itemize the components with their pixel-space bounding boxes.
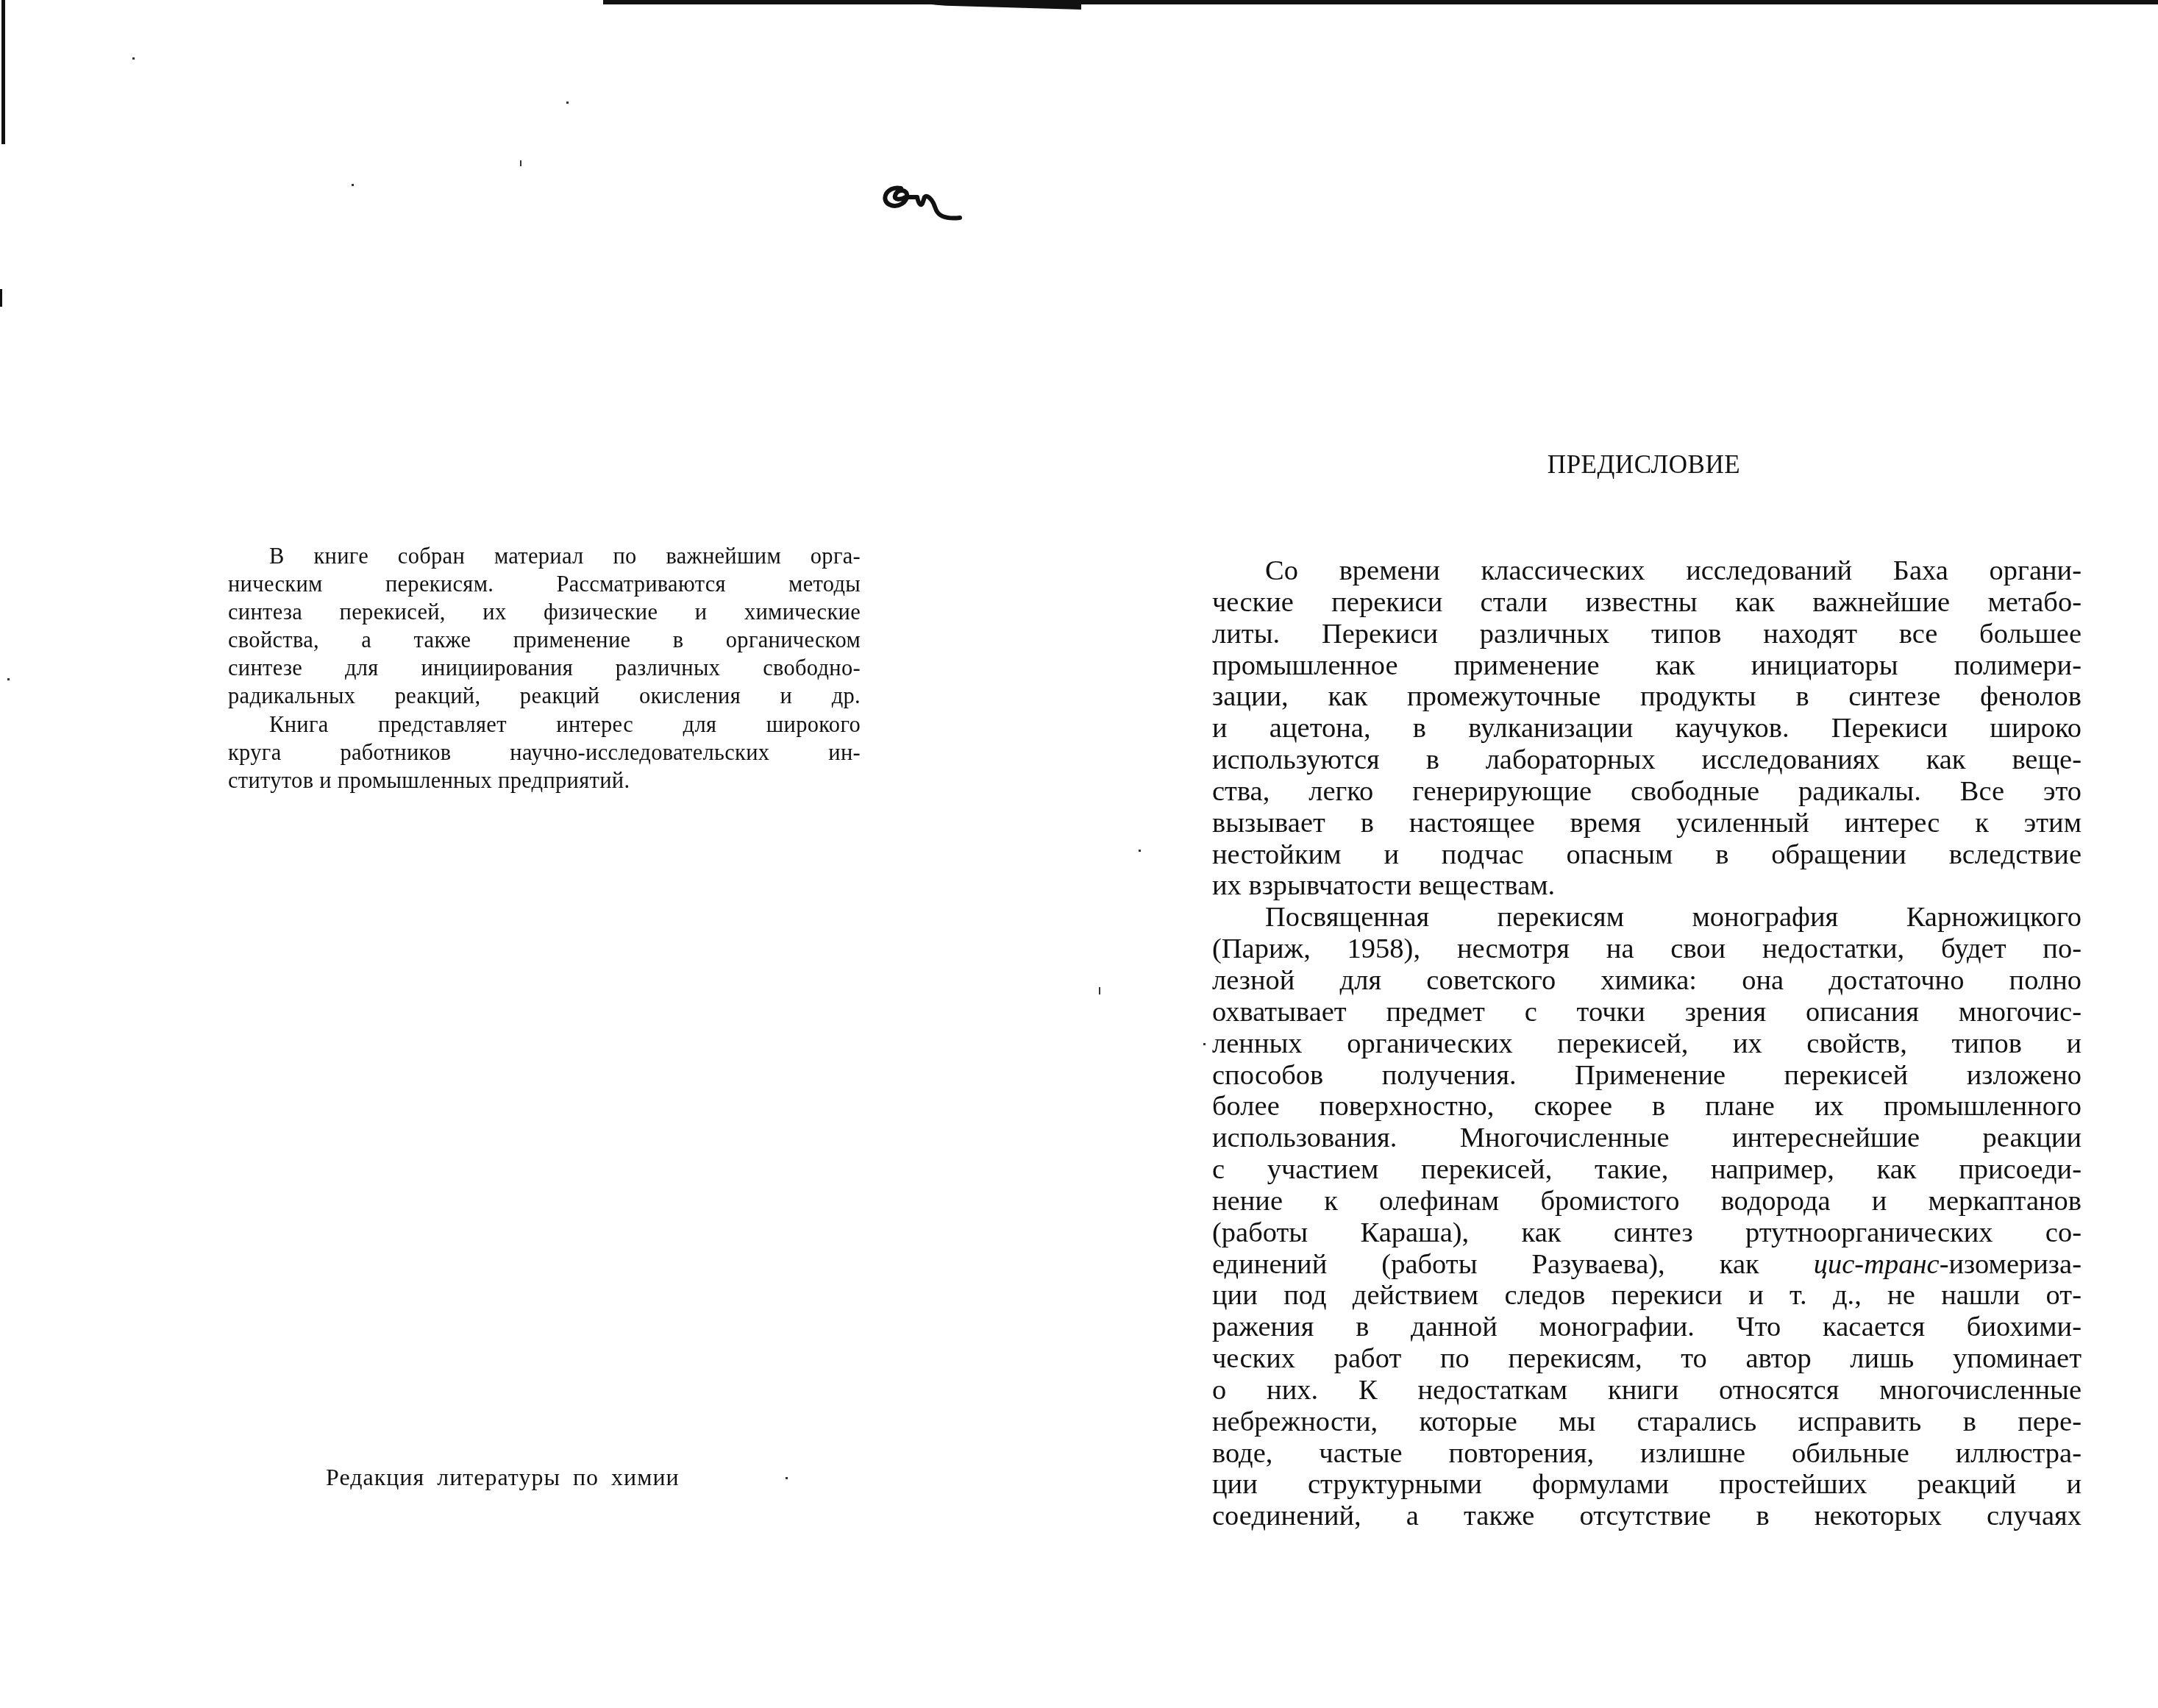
preface-line: используются в лабораторных исследования… [1212,744,2082,776]
top-border-shadow [912,0,1081,10]
annotation-line: радикальных реакций, реакций окисления и… [228,682,861,710]
scan-speck [786,1477,788,1479]
scan-speck [132,57,135,60]
preface-line: (Париж, 1958), несмотря на свои недостат… [1212,933,2082,965]
preface-line: ческие перекиси стали известны как важне… [1212,587,2082,619]
preface-line: нение к олефинам бромистого водорода и м… [1212,1186,2082,1217]
scan-speck [566,102,569,104]
preface-line: вызывает в настоящее время усиленный инт… [1212,808,2082,839]
annotation-line: синтезе для инициирования различных своб… [228,654,861,682]
preface-line: лезной для советского химика: она достат… [1212,965,2082,997]
preface-line: промышленное применение как инициаторы п… [1212,650,2082,682]
preface-line: и ацетона, в вулканизации каучуков. Пере… [1212,713,2082,744]
preface-line: более поверхностно, скорее в плане их пр… [1212,1091,2082,1122]
preface-text: единений (работы Разуваева), как [1212,1249,1814,1280]
preface-line: с участием перекисей, такие, например, к… [1212,1154,2082,1186]
preface-line: Посвященная перекисям монография Карножи… [1212,902,2082,933]
left-edge-mark [0,289,2,307]
top-border-line [603,0,2158,4]
preface-line: литы. Перекиси различных типов находят в… [1212,619,2082,650]
preface-line: небрежности, которые мы старались исправ… [1212,1406,2082,1438]
scan-speck [520,160,521,166]
preface-body: Со времени классических исследований Бах… [1212,555,2082,1532]
preface-line: способов получения. Применение перекисей… [1212,1060,2082,1092]
preface-line: воде, частые повторения, излишне обильны… [1212,1438,2082,1470]
preface-line: соединений, а также отсутствие в некотор… [1212,1501,2082,1532]
italic-term: цис-транс [1814,1249,1940,1280]
preface-line: использования. Многочисленные интересней… [1212,1122,2082,1154]
annotation-line: свойства, а также применение в органичес… [228,626,861,654]
scan-speck [1203,1043,1206,1045]
preface-line: Со времени классических исследований Бах… [1212,555,2082,587]
preface-text: -изомериза- [1940,1249,2082,1280]
preface-line: ленных органических перекисей, их свойст… [1212,1028,2082,1060]
preface-line: (работы Караша), как синтез ртутнооргани… [1212,1217,2082,1249]
preface-line: ства, легко генерирующие свободные радик… [1212,776,2082,808]
annotation-line: Книга представляет интерес для широкого [228,711,861,739]
preface-line: их взрывчатости веществам. [1212,870,2082,902]
preface-line: ражения в данной монографии. Что касаетс… [1212,1312,2082,1343]
publisher-caption: Редакция литературы по химии [326,1464,680,1491]
left-edge-line [1,0,5,144]
annotation-line: синтеза перекисей, их физические и химич… [228,598,861,626]
preface-line: о них. К недостаткам книги относятся мно… [1212,1375,2082,1406]
preface-line-mixed: единений (работы Разуваева), как цис-тра… [1212,1249,2082,1281]
preface-line: ции структурными формулами простейших ре… [1212,1469,2082,1501]
handwritten-signature-icon [879,175,978,227]
annotation-line: ститутов и промышленных предприятий. [228,766,861,794]
annotation-block: В книге собран материал по важнейшим орг… [228,542,861,794]
preface-line: ции под действием следов перекиси и т. д… [1212,1280,2082,1312]
preface-line: зации, как промежуточные продукты в синт… [1212,681,2082,713]
scan-speck [1099,987,1100,994]
scan-speck [7,678,10,680]
annotation-line: ническим перекисям. Рассматриваются мето… [228,570,861,598]
page-title: ПРЕДИСЛОВИЕ [1497,450,1791,480]
annotation-line: В книге собран материал по важнейшим орг… [228,542,861,570]
annotation-line: круга работников научно-исследовательски… [228,739,861,766]
preface-line: нестойким и подчас опасным в обращении в… [1212,839,2082,871]
scan-speck [1139,850,1141,852]
scan-speck [352,184,354,186]
preface-line: охватывает предмет с точки зрения описан… [1212,997,2082,1028]
preface-line: ческих работ по перекисям, то автор лишь… [1212,1343,2082,1375]
